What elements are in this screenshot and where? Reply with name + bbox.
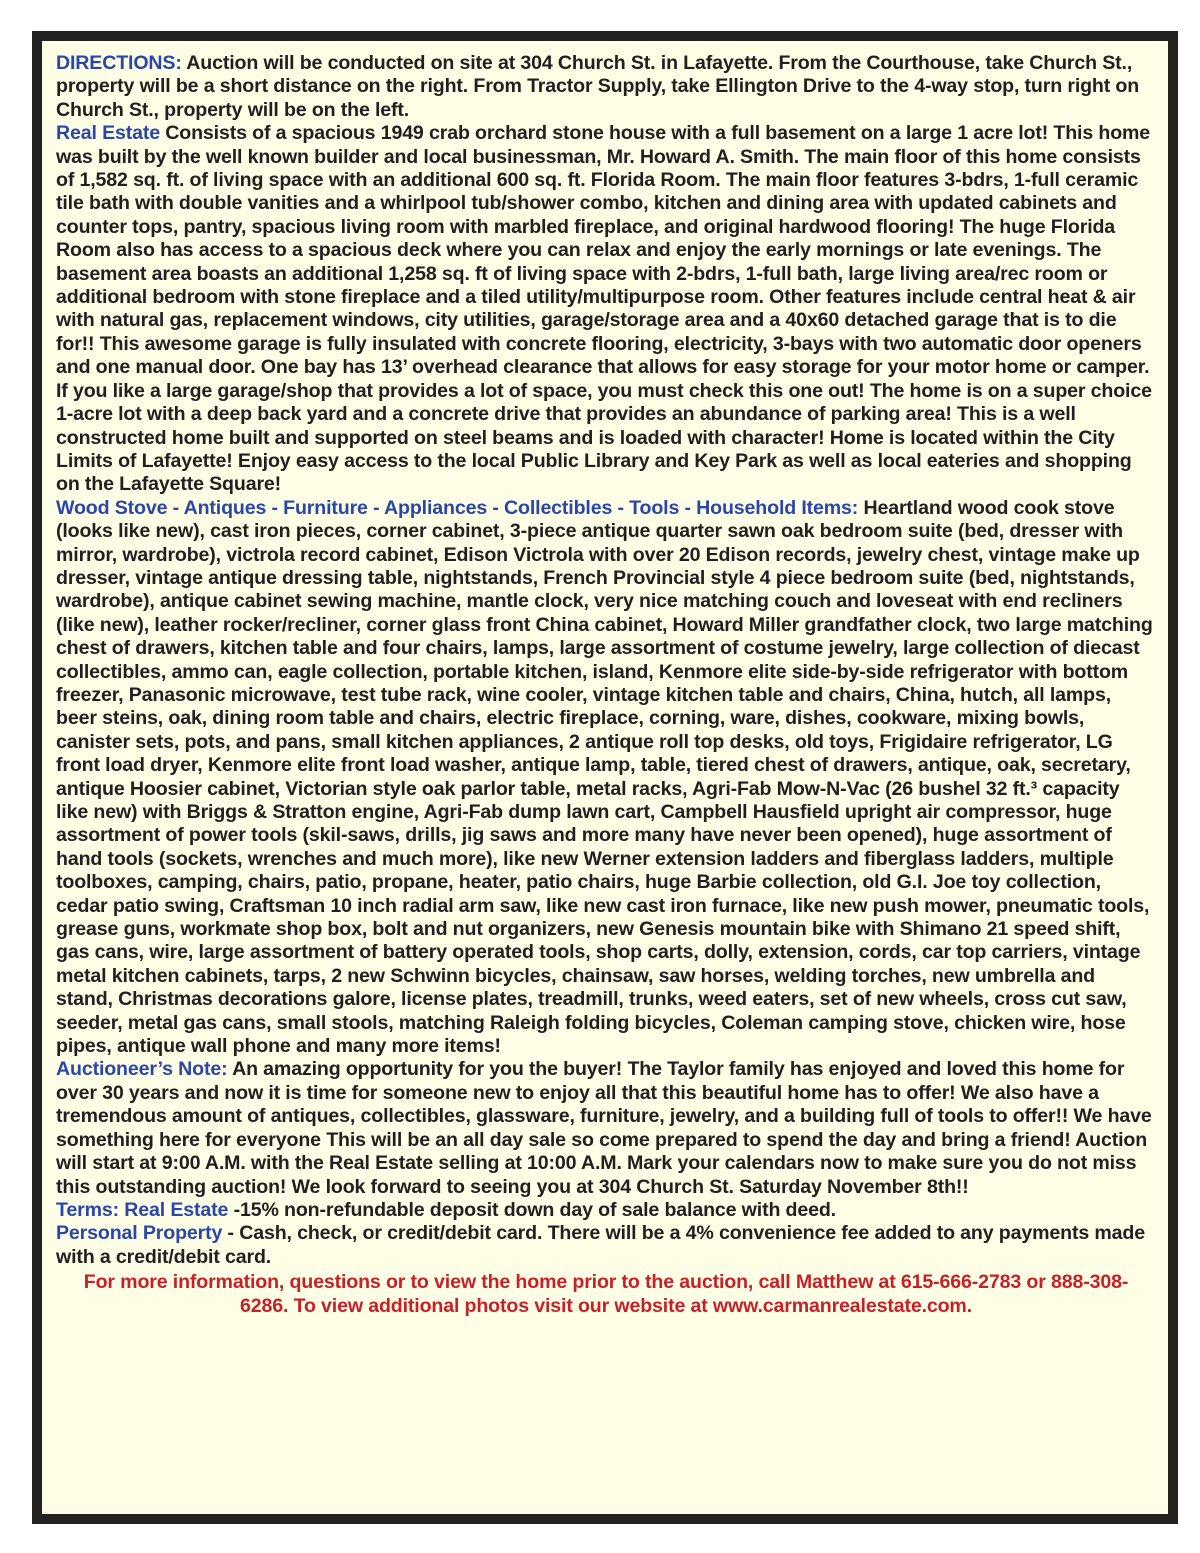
personal-items-heading: Wood Stove - Antiques - Furniture - Appl…	[56, 497, 858, 519]
terms-personal-property-section: Personal Property - Cash, check, or cred…	[56, 1222, 1156, 1269]
directions-section: DIRECTIONS: Auction will be conducted on…	[56, 52, 1156, 122]
terms-real-estate-heading: Terms: Real Estate	[56, 1199, 228, 1221]
real-estate-section: Real Estate Consists of a spacious 1949 …	[56, 122, 1156, 497]
auction-listing-panel: DIRECTIONS: Auction will be conducted on…	[42, 41, 1168, 1514]
real-estate-text: Consists of a spacious 1949 crab orchard…	[56, 122, 1152, 495]
terms-personal-property-heading: Personal Property	[56, 1222, 222, 1244]
auctioneers-note-heading: Auctioneer’s Note:	[56, 1058, 228, 1080]
real-estate-heading: Real Estate	[56, 122, 160, 144]
personal-items-section: Wood Stove - Antiques - Furniture - Appl…	[56, 497, 1156, 1059]
terms-real-estate-section: Terms: Real Estate -15% non-refundable d…	[56, 1199, 1156, 1222]
auctioneers-note-section: Auctioneer’s Note: An amazing opportunit…	[56, 1058, 1156, 1198]
terms-real-estate-text: -15% non-refundable deposit down day of …	[228, 1199, 836, 1221]
personal-items-text: Heartland wood cook stove (looks like ne…	[56, 497, 1153, 1057]
ad-border-frame: DIRECTIONS: Auction will be conducted on…	[32, 31, 1178, 1524]
directions-heading: DIRECTIONS:	[56, 52, 182, 74]
directions-text: Auction will be conducted on site at 304…	[56, 52, 1139, 121]
contact-footer: For more information, questions or to vi…	[56, 1271, 1156, 1318]
